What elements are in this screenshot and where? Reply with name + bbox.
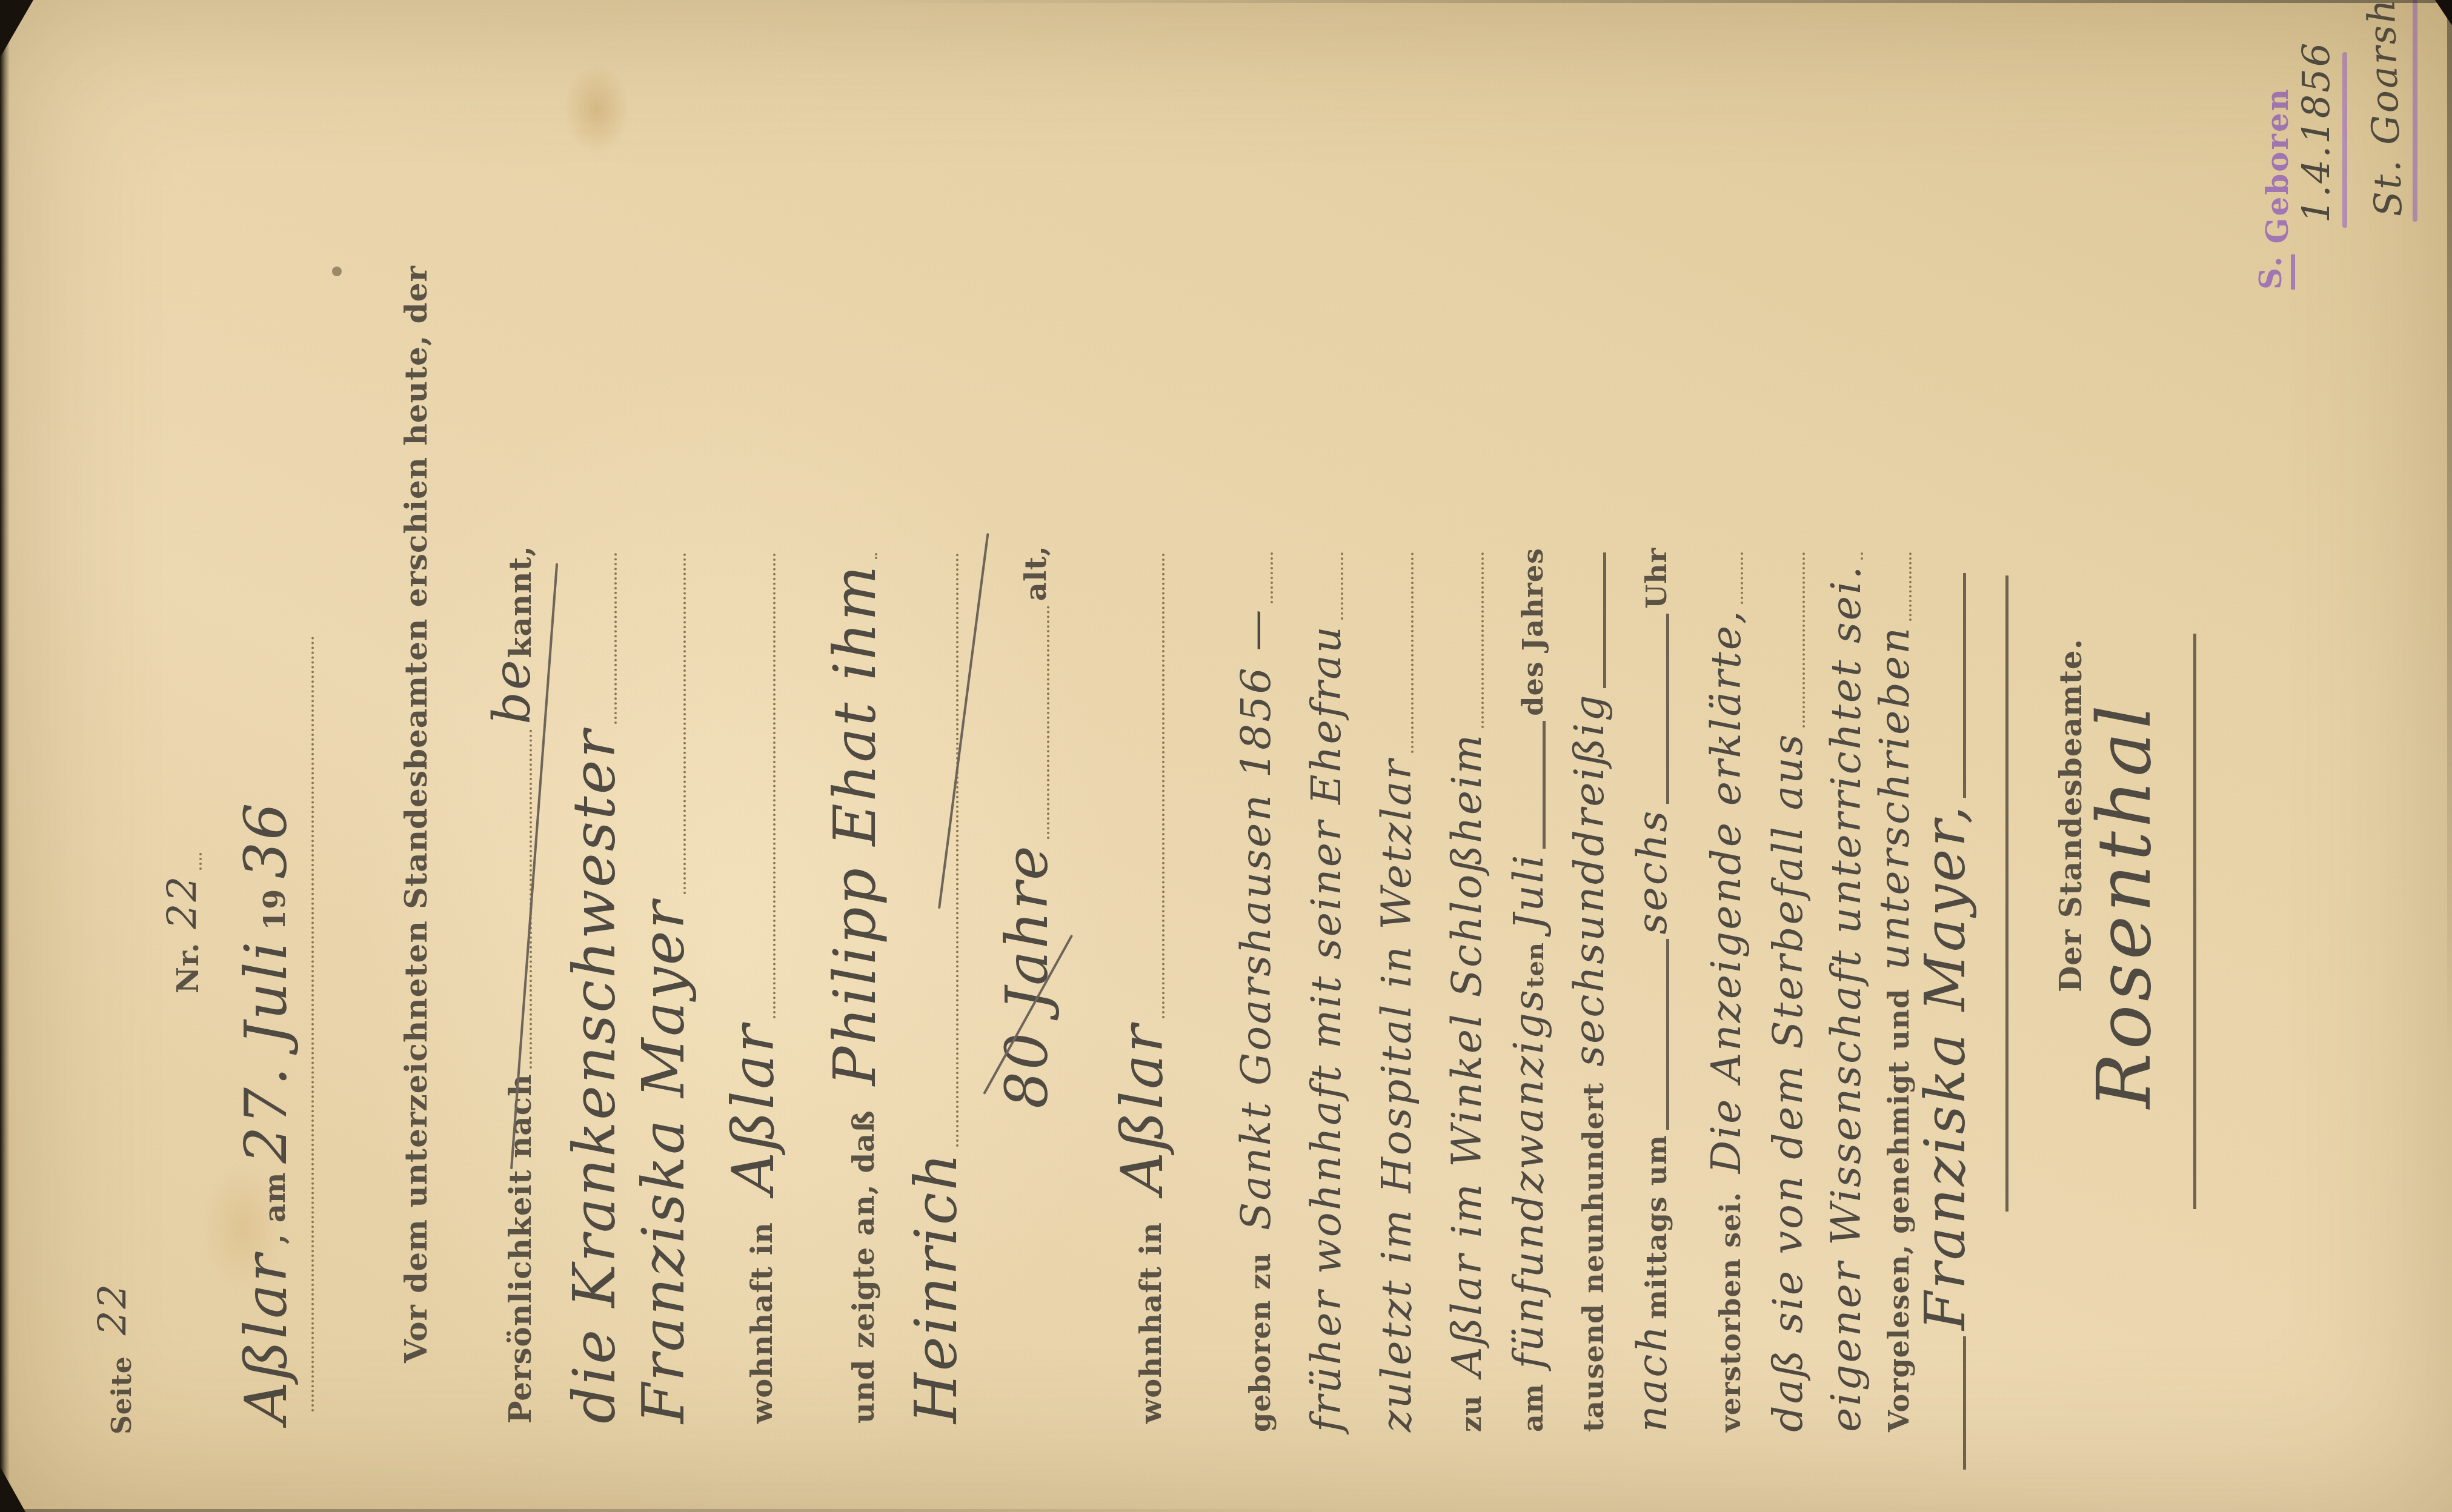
body-text-3: zuletzt im Hospital in Wetzlar bbox=[1378, 758, 1417, 1432]
death-year: sechsunddreißig bbox=[1570, 693, 1610, 1067]
scan-edge-bottom bbox=[0, 1509, 2452, 1512]
registrar-block-rule bbox=[2005, 575, 2008, 1212]
stamp-label-line: S. Geboren bbox=[2253, 87, 2295, 290]
date-underline bbox=[311, 636, 314, 1411]
scan-edge-top bbox=[0, 0, 2452, 3]
date-line: Aßlar , am 27. Juli 19 36 bbox=[240, 636, 292, 1424]
blank-rule bbox=[680, 553, 686, 895]
death-year-line: tausend neunhundert sechsunddreißig bbox=[1570, 548, 1610, 1432]
paper-stain bbox=[563, 64, 630, 155]
registrar-signature-rule bbox=[2193, 634, 2196, 1209]
blank-rule bbox=[769, 553, 776, 1018]
stamp-rule bbox=[2342, 52, 2347, 228]
blank-rule bbox=[611, 553, 617, 724]
intro-line: Vor dem unterzeichneten Standesbeamten e… bbox=[401, 265, 431, 1363]
deceased-name: Philipp Ehat ihm bbox=[829, 564, 881, 1086]
informant-line-2: Franziska Mayer bbox=[637, 548, 689, 1424]
seite-number: 22 bbox=[91, 1282, 136, 1335]
body-line-2: früher wohnhaft mit seiner Ehefrau bbox=[1307, 548, 1347, 1432]
intro-text: Vor dem unterzeichneten Standesbeamten e… bbox=[401, 265, 431, 1363]
mittags-label: mittags um bbox=[1640, 1135, 1673, 1319]
blank-rule bbox=[952, 553, 959, 1147]
signature-rule bbox=[1959, 1336, 1966, 1470]
signature-rule bbox=[1959, 573, 1966, 798]
birthplace: Sankt Goarshausen 1856 — bbox=[1237, 608, 1277, 1231]
stamp-birth-date: 1.4.1856 bbox=[2294, 41, 2338, 223]
blank-rule bbox=[1478, 552, 1484, 728]
place-of-death: Aßlar im Winkel Schloßheim bbox=[1448, 733, 1487, 1377]
ink-speck bbox=[332, 267, 342, 276]
stamp-rule bbox=[2413, 0, 2417, 222]
death-month: Juli bbox=[1510, 854, 1549, 930]
scanned-register-page: Seite 22 Nr. 22 Aßlar , am 27. Juli 19 3… bbox=[0, 0, 2452, 1512]
des-jahres-label: des Jahres bbox=[1517, 548, 1549, 716]
blank-rule bbox=[1737, 552, 1743, 604]
informant-line-1: die Krankenschwester bbox=[568, 548, 620, 1424]
blank-rule bbox=[1043, 606, 1049, 839]
verstorben-label: verstorben sei. bbox=[1714, 1192, 1747, 1432]
blank-rule bbox=[196, 853, 202, 870]
residence-line-2: wohnhaft in Aßlar bbox=[1116, 548, 1168, 1424]
informant-name: Franziska Mayer bbox=[637, 900, 689, 1424]
stamp-birth-place: St. Goarshausen bbox=[2354, 0, 2411, 217]
alt-label: alt, bbox=[1019, 545, 1053, 601]
scan-corner-top-left bbox=[0, 0, 33, 58]
scan-corner-bottom-left bbox=[0, 1467, 25, 1512]
am-label: , am bbox=[258, 1172, 292, 1244]
wohnhaft-label-2: wohnhaft in bbox=[1134, 1222, 1168, 1424]
informant-signature-line: Franziska Mayer, bbox=[1921, 567, 1971, 1476]
declaration-text-1: daß sie von dem Sterbefall aus bbox=[1769, 732, 1809, 1432]
declaration-intro: Die Anzeigende erklärte, bbox=[1707, 609, 1747, 1173]
closing-hw: unterschrieben bbox=[1876, 626, 1915, 970]
registrar-signature: Rosenthal bbox=[2092, 701, 2158, 1109]
blank-rule bbox=[1799, 552, 1805, 728]
place-of-death-line: zu Aßlar im Winkel Schloßheim bbox=[1448, 548, 1487, 1432]
geboren-stamp: S. Geboren 1.4.1856 St. Goarshausen bbox=[2242, 0, 2452, 296]
scan-corner-top-right bbox=[2435, 0, 2452, 25]
identity-hw: be bbox=[490, 658, 536, 724]
filled-rule bbox=[1663, 939, 1669, 1130]
nr-value: 22 bbox=[159, 875, 205, 929]
nr-label: Nr. bbox=[171, 943, 205, 993]
wohnhaft-value: Aßlar bbox=[727, 1023, 779, 1194]
uhr-label: Uhr bbox=[1640, 548, 1673, 609]
died-line: verstorben sei. Die Anzeigende erklärte, bbox=[1707, 548, 1747, 1432]
date-day: 27. Juli bbox=[240, 940, 292, 1164]
geboren-label: geboren zu bbox=[1244, 1252, 1277, 1432]
declaration-line-1: daß sie von dem Sterbefall aus bbox=[1769, 548, 1809, 1432]
deceased-name-2: Heinrich bbox=[910, 1152, 962, 1424]
stamp-place-line: St. Goarshausen bbox=[2354, 0, 2411, 217]
filled-rule bbox=[1539, 721, 1546, 849]
born-line: geboren zu Sankt Goarshausen 1856 — bbox=[1237, 548, 1277, 1432]
blank-rule bbox=[1267, 552, 1273, 603]
declaration-line-2: eigener Wissenschaft unterrichtet sei. bbox=[1827, 548, 1867, 1432]
filled-rule bbox=[1600, 552, 1606, 688]
am-day-label: am bbox=[1517, 1384, 1549, 1432]
zeigte-label: und zeigte an, daß bbox=[847, 1110, 881, 1424]
page-number-line: Seite 22 bbox=[91, 1282, 136, 1434]
death-time-line: nach mittags um sechs Uhr bbox=[1633, 548, 1673, 1432]
printed-19: 19 bbox=[258, 889, 292, 930]
declaration-text-2: eigener Wissenschaft unterrichtet sei. bbox=[1827, 565, 1867, 1432]
body-line-3: zuletzt im Hospital in Wetzlar bbox=[1378, 548, 1417, 1432]
wohnhaft-value-2: Aßlar bbox=[1116, 1023, 1168, 1194]
zu-label: zu bbox=[1455, 1394, 1487, 1432]
blank-rule bbox=[1905, 552, 1912, 621]
identity-start: Persönlichkeit nach bbox=[505, 1073, 536, 1424]
stamp-date-line: 1.4.1856 bbox=[2294, 41, 2338, 223]
tausend-label: tausend neunhundert bbox=[1577, 1083, 1610, 1432]
age-value: 80 Jahre bbox=[1001, 844, 1053, 1109]
time-hour: sechs bbox=[1633, 809, 1673, 935]
blank-rule bbox=[1857, 552, 1863, 560]
informant-occupation: die Krankenschwester bbox=[568, 729, 620, 1424]
registrar-signature-line: Rosenthal bbox=[2092, 769, 2158, 1109]
blank-rule bbox=[1407, 552, 1414, 753]
filled-rule bbox=[1663, 614, 1669, 804]
blank-rule bbox=[1337, 552, 1343, 620]
vorgelesen-label: Vorgelesen, genehmigt und bbox=[1882, 989, 1915, 1432]
residence-line-1: wohnhaft in Aßlar bbox=[727, 548, 779, 1424]
body-text-2: früher wohnhaft mit seiner Ehefrau bbox=[1307, 625, 1347, 1432]
identity-line: Persönlichkeit nach be kannt, bbox=[490, 545, 536, 1424]
date-place: Aßlar bbox=[240, 1253, 292, 1424]
ten-suffix: ten bbox=[1521, 942, 1549, 988]
announcement-line: und zeigte an, daß Philipp Ehat ihm bbox=[829, 548, 881, 1424]
scan-edge-right bbox=[2447, 0, 2452, 1512]
scan-edge-left bbox=[0, 0, 10, 1512]
death-day-line: am fünfundzwanzigs ten Juli des Jahres bbox=[1510, 548, 1549, 1432]
identity-end: kannt, bbox=[505, 545, 536, 658]
announcement-line-2: Heinrich bbox=[910, 548, 962, 1424]
stamp-label: Geboren bbox=[2259, 87, 2295, 244]
blank-rule bbox=[1158, 553, 1165, 1018]
death-record-form: Seite 22 Nr. 22 Aßlar , am 27. Juli 19 3… bbox=[0, 0, 2452, 1512]
date-year: 36 bbox=[240, 801, 292, 879]
seite-label: Seite bbox=[109, 1356, 136, 1434]
stamp-prefix: S. bbox=[2253, 254, 2295, 290]
closing-line: Vorgelesen, genehmigt und unterschrieben bbox=[1876, 548, 1915, 1432]
wohnhaft-label: wohnhaft in bbox=[745, 1222, 779, 1424]
time-prefix: nach bbox=[1633, 1324, 1673, 1432]
informant-signature: Franziska Mayer, bbox=[1921, 804, 1971, 1330]
death-day: fünfundzwanzigs bbox=[1510, 988, 1549, 1368]
blank-rule bbox=[871, 553, 877, 559]
record-number-line: Nr. 22 bbox=[159, 848, 205, 993]
